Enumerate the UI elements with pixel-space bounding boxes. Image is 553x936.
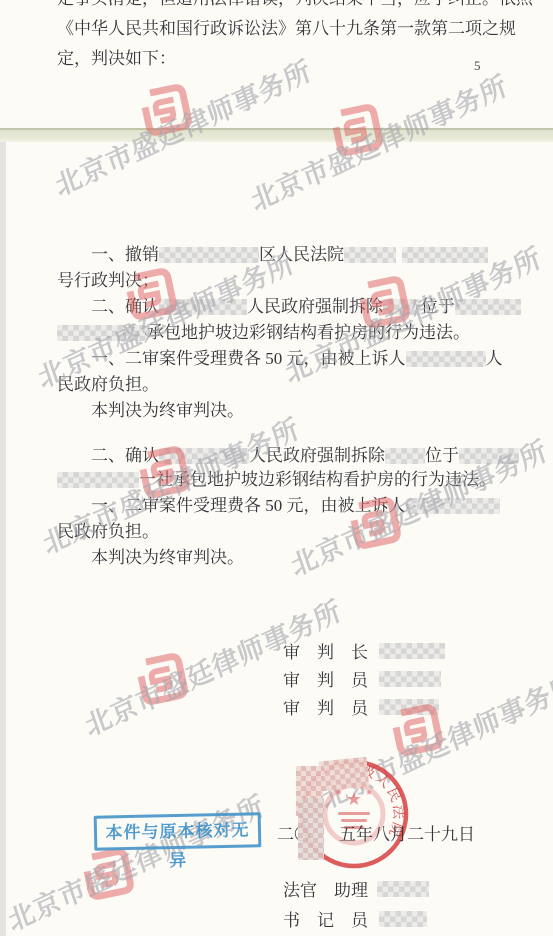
scanned-court-judgment-page: 定事实清楚，但适用法律错误，判决结果不当，应予纠正。依照 《中华人民共和国行政诉… [0, 0, 553, 936]
redaction-location [455, 299, 521, 315]
left-scan-edge [0, 142, 6, 936]
fees-text: 一、二审案件受理费各 50 元，由被上诉人 [91, 350, 406, 368]
redaction-judge2-name [379, 671, 441, 687]
item1-court: 区人民法院 [259, 246, 344, 264]
item1-prefix: 一、撤销 [91, 246, 159, 264]
redaction-clerk-name [379, 911, 427, 927]
judge3-line: 审 判 员 [283, 694, 439, 719]
final-judgment-text-2: 本判决为终审判决。 [91, 549, 244, 567]
top-paragraph-line2: 《中华人民共和国行政诉讼法》第八十九条第一款第二项之规 [57, 20, 505, 38]
page-number: 5 [474, 58, 481, 74]
redaction-government-2 [159, 448, 249, 464]
fees2-tail: 民政府负担。 [57, 523, 159, 541]
redaction-appellee-2 [406, 498, 500, 514]
redaction-village [57, 325, 147, 341]
ruling2-item2-line1: 二、确认 人民政府强制拆除 位于 [91, 447, 519, 465]
item2b-prefix: 二、确认 [91, 447, 159, 465]
redaction-district [159, 247, 259, 263]
redaction-case-no-2 [402, 247, 488, 263]
verification-stamp-text: 本件与原本核对无异 [105, 820, 249, 870]
clerk-label: 书 记 员 [283, 906, 368, 931]
item2b-tail: 一社承包地护坡边彩钢结构看护房的行为违法。 [139, 471, 496, 489]
chief-judge-label: 审 判 长 [283, 638, 368, 663]
chief-judge-line: 审 判 长 [283, 638, 445, 663]
redaction-party [383, 299, 421, 315]
item2b-action: 人民政府强制拆除 [249, 447, 385, 465]
redaction-date-year [298, 798, 324, 860]
item2-action: 人民政府强制拆除 [247, 298, 383, 316]
top-line2-text: 《中华人民共和国行政诉讼法》第八十九条第一款第二项之规 [57, 20, 516, 38]
redaction-village-2 [57, 472, 139, 488]
item2b-located: 位于 [425, 447, 459, 465]
redaction-government [159, 299, 247, 315]
page-edge-scan-band [0, 128, 553, 142]
assistant-line: 法官 助理 [283, 876, 429, 901]
fees-tail-char: 人 [486, 350, 503, 368]
ruling2-fees-line1: 一、二审案件受理费各 50 元，由被上诉人 [91, 497, 500, 515]
shengting-logo-icon [131, 648, 193, 710]
svg-text:★: ★ [365, 788, 372, 797]
svg-text:★: ★ [346, 789, 362, 809]
top-paragraph-line3: 定，判决如下： [57, 50, 176, 68]
shengting-logo-icon [77, 843, 139, 905]
item2-located: 位于 [421, 298, 455, 316]
assistant-label: 法官 助理 [283, 876, 368, 901]
lawfirm-watermark-text: 北京市盛廷律师事务所 [2, 784, 269, 936]
fees-tail: 民政府负担。 [57, 376, 159, 394]
redaction-chief-judge-name [379, 643, 445, 659]
ruling1-item1-line2: 号行政判决； [57, 272, 159, 290]
lawfirm-watermark-text: 北京市盛廷律师事务所 [49, 49, 316, 204]
date-suffix: 五年八月二十九日 [339, 820, 475, 845]
redaction-location-2 [459, 448, 519, 464]
redaction-appellee [406, 351, 486, 367]
ruling1-final-line: 本判决为终审判决。 [91, 402, 244, 420]
item2-prefix: 二、确认 [91, 298, 159, 316]
ruling1-item1-line1: 一、撤销 区人民法院 [91, 246, 488, 264]
ruling1-item2-line1: 二、确认 人民政府强制拆除 位于 [91, 298, 521, 316]
top-line3-text: 定，判决如下： [57, 50, 176, 68]
ruling1-fees-line1: 一、二审案件受理费各 50 元，由被上诉人 人 [91, 350, 503, 368]
fees2-text: 一、二审案件受理费各 50 元，由被上诉人 [91, 497, 406, 515]
ruling1-fees-line2: 民政府负担。 [57, 376, 159, 394]
top-line1-text: 定事实清楚，但适用法律错误，判决结果不当，应予纠正。依照 [57, 0, 533, 8]
judge2-line: 审 判 员 [283, 666, 441, 691]
redaction-party-2 [385, 448, 425, 464]
final-judgment-text: 本判决为终审判决。 [91, 402, 244, 420]
redaction-seal-city [319, 757, 370, 792]
judge2-label: 审 判 员 [283, 666, 368, 691]
redaction-case-no-1 [344, 247, 396, 263]
verification-stamp: 本件与原本核对无异 [94, 812, 262, 850]
ruling2-item2-line2: 一社承包地护坡边彩钢结构看护房的行为违法。 [57, 471, 496, 489]
top-paragraph-line1-clipped: 定事实清楚，但适用法律错误，判决结果不当，应予纠正。依照 [57, 0, 505, 8]
item2-tail: 承包地护坡边彩钢结构看护房的行为违法。 [147, 324, 470, 342]
judge3-label: 审 判 员 [283, 694, 368, 719]
ruling2-fees-line2: 民政府负担。 [57, 523, 159, 541]
redaction-assistant-name [377, 881, 429, 897]
ruling1-item2-line2: 承包地护坡边彩钢结构看护房的行为违法。 [57, 324, 470, 342]
ruling2-final-line: 本判决为终审判决。 [91, 549, 244, 567]
redaction-judge3-name [379, 699, 439, 715]
clerk-line: 书 记 员 [283, 906, 427, 931]
item1-tail: 号行政判决； [57, 272, 159, 290]
